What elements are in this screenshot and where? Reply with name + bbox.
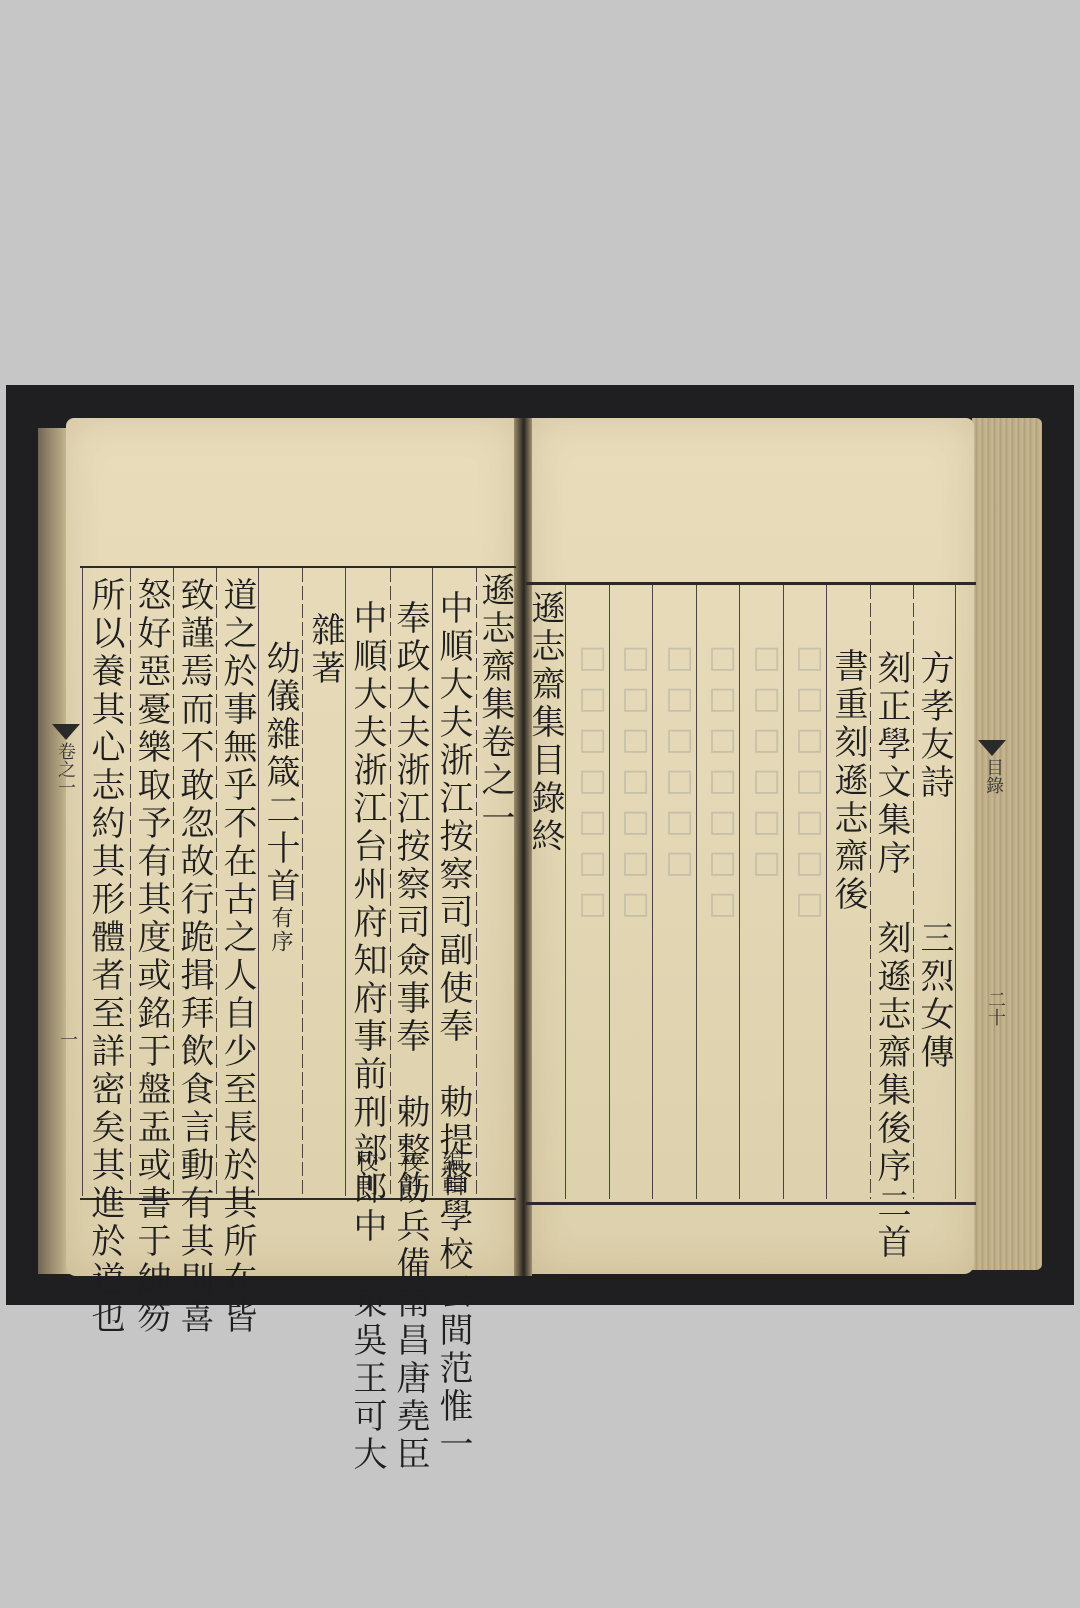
editor-office: 中順大夫浙江按察司副使奉 [433, 590, 473, 1046]
toc-entry-preface-zhengxue: 刻正學文集序 [874, 650, 908, 878]
editor-credit-1: 中順大夫浙江按察司副使奉 勅提督學校雲間范惟一 [436, 590, 470, 1464]
margin-volume-label: 卷之一 [52, 742, 78, 796]
volume-title: 遜志齋集卷之一 [478, 572, 512, 838]
show-through-text: □□□□□□□ [618, 640, 653, 927]
column-rule [302, 568, 303, 1196]
editor-role-3: 校刊 [354, 1150, 376, 1198]
editor-office: 奉政大夫浙江按察司僉事奉 [390, 600, 430, 1056]
column-rule [955, 585, 956, 1199]
show-through-text: □□□□□□ [749, 640, 784, 886]
piece-title: 幼儀雜箴二十首有序 [263, 640, 297, 954]
body-text-line-4: 所以養其心志約其形體者至詳密矣其進於道也 [88, 577, 122, 1337]
column-rule [565, 585, 566, 1199]
piece-title-text: 幼儀雜箴二十首 [260, 640, 300, 906]
margin-page-number: 二十 [982, 990, 1008, 1026]
editor-role-2: 校訂 [398, 1150, 420, 1198]
show-through-text: □□□□□□□ [705, 640, 740, 927]
fishtail-marker [52, 724, 80, 740]
fishtail-marker [978, 740, 1006, 756]
body-text-line-3: 怒好惡憂樂取予有其度或銘于盤盂或書于紳笏 [134, 577, 168, 1337]
margin-page-number: 一 [54, 1030, 80, 1048]
show-through-text: □□□□□□□ [575, 640, 610, 927]
body-text-line-1: 道之於事無乎不在古之人自少至長於其所在皆 [220, 577, 254, 1337]
section-heading: 雜著 [308, 612, 342, 688]
editor-name: 勅提督學校雲間范惟一 [433, 1084, 473, 1464]
column-rule [258, 568, 259, 1196]
toc-end-marker: 遜志齋集目錄終 [528, 590, 562, 856]
editor-credit-2: 奉政大夫浙江按察司僉事奉 勅整飭兵備南昌唐堯臣 [393, 600, 427, 1474]
column-rule [345, 568, 346, 1196]
toc-entry-postface: 刻遜志齋集後序二首 [874, 920, 908, 1262]
editor-name: 東吳王可大 [347, 1284, 387, 1474]
piece-title-note: 有序 [268, 906, 293, 954]
show-through-text: □□□□□□□ [792, 640, 827, 927]
toc-entry-reprint-note: 書重刻遜志齋後 [831, 648, 865, 914]
toc-entry-fang-xiaoyou: 方孝友詩 [917, 650, 951, 802]
show-through-text: □□□□□□ [662, 640, 697, 886]
toc-entry-san-lie-nu: 三烈女傳 [917, 920, 951, 1072]
body-text-line-2: 致謹焉而不敢忽故行跪揖拜飲食言動有其則喜 [177, 577, 211, 1337]
editor-role-1: 編輯 [440, 1150, 462, 1198]
right-book-edge [972, 418, 1042, 1270]
editor-credit-3: 中順大夫浙江台州府知府事前刑部郎中 東吳王可大 [350, 600, 384, 1474]
margin-section-label: 目錄 [980, 758, 1006, 794]
column-rule [82, 568, 83, 1196]
